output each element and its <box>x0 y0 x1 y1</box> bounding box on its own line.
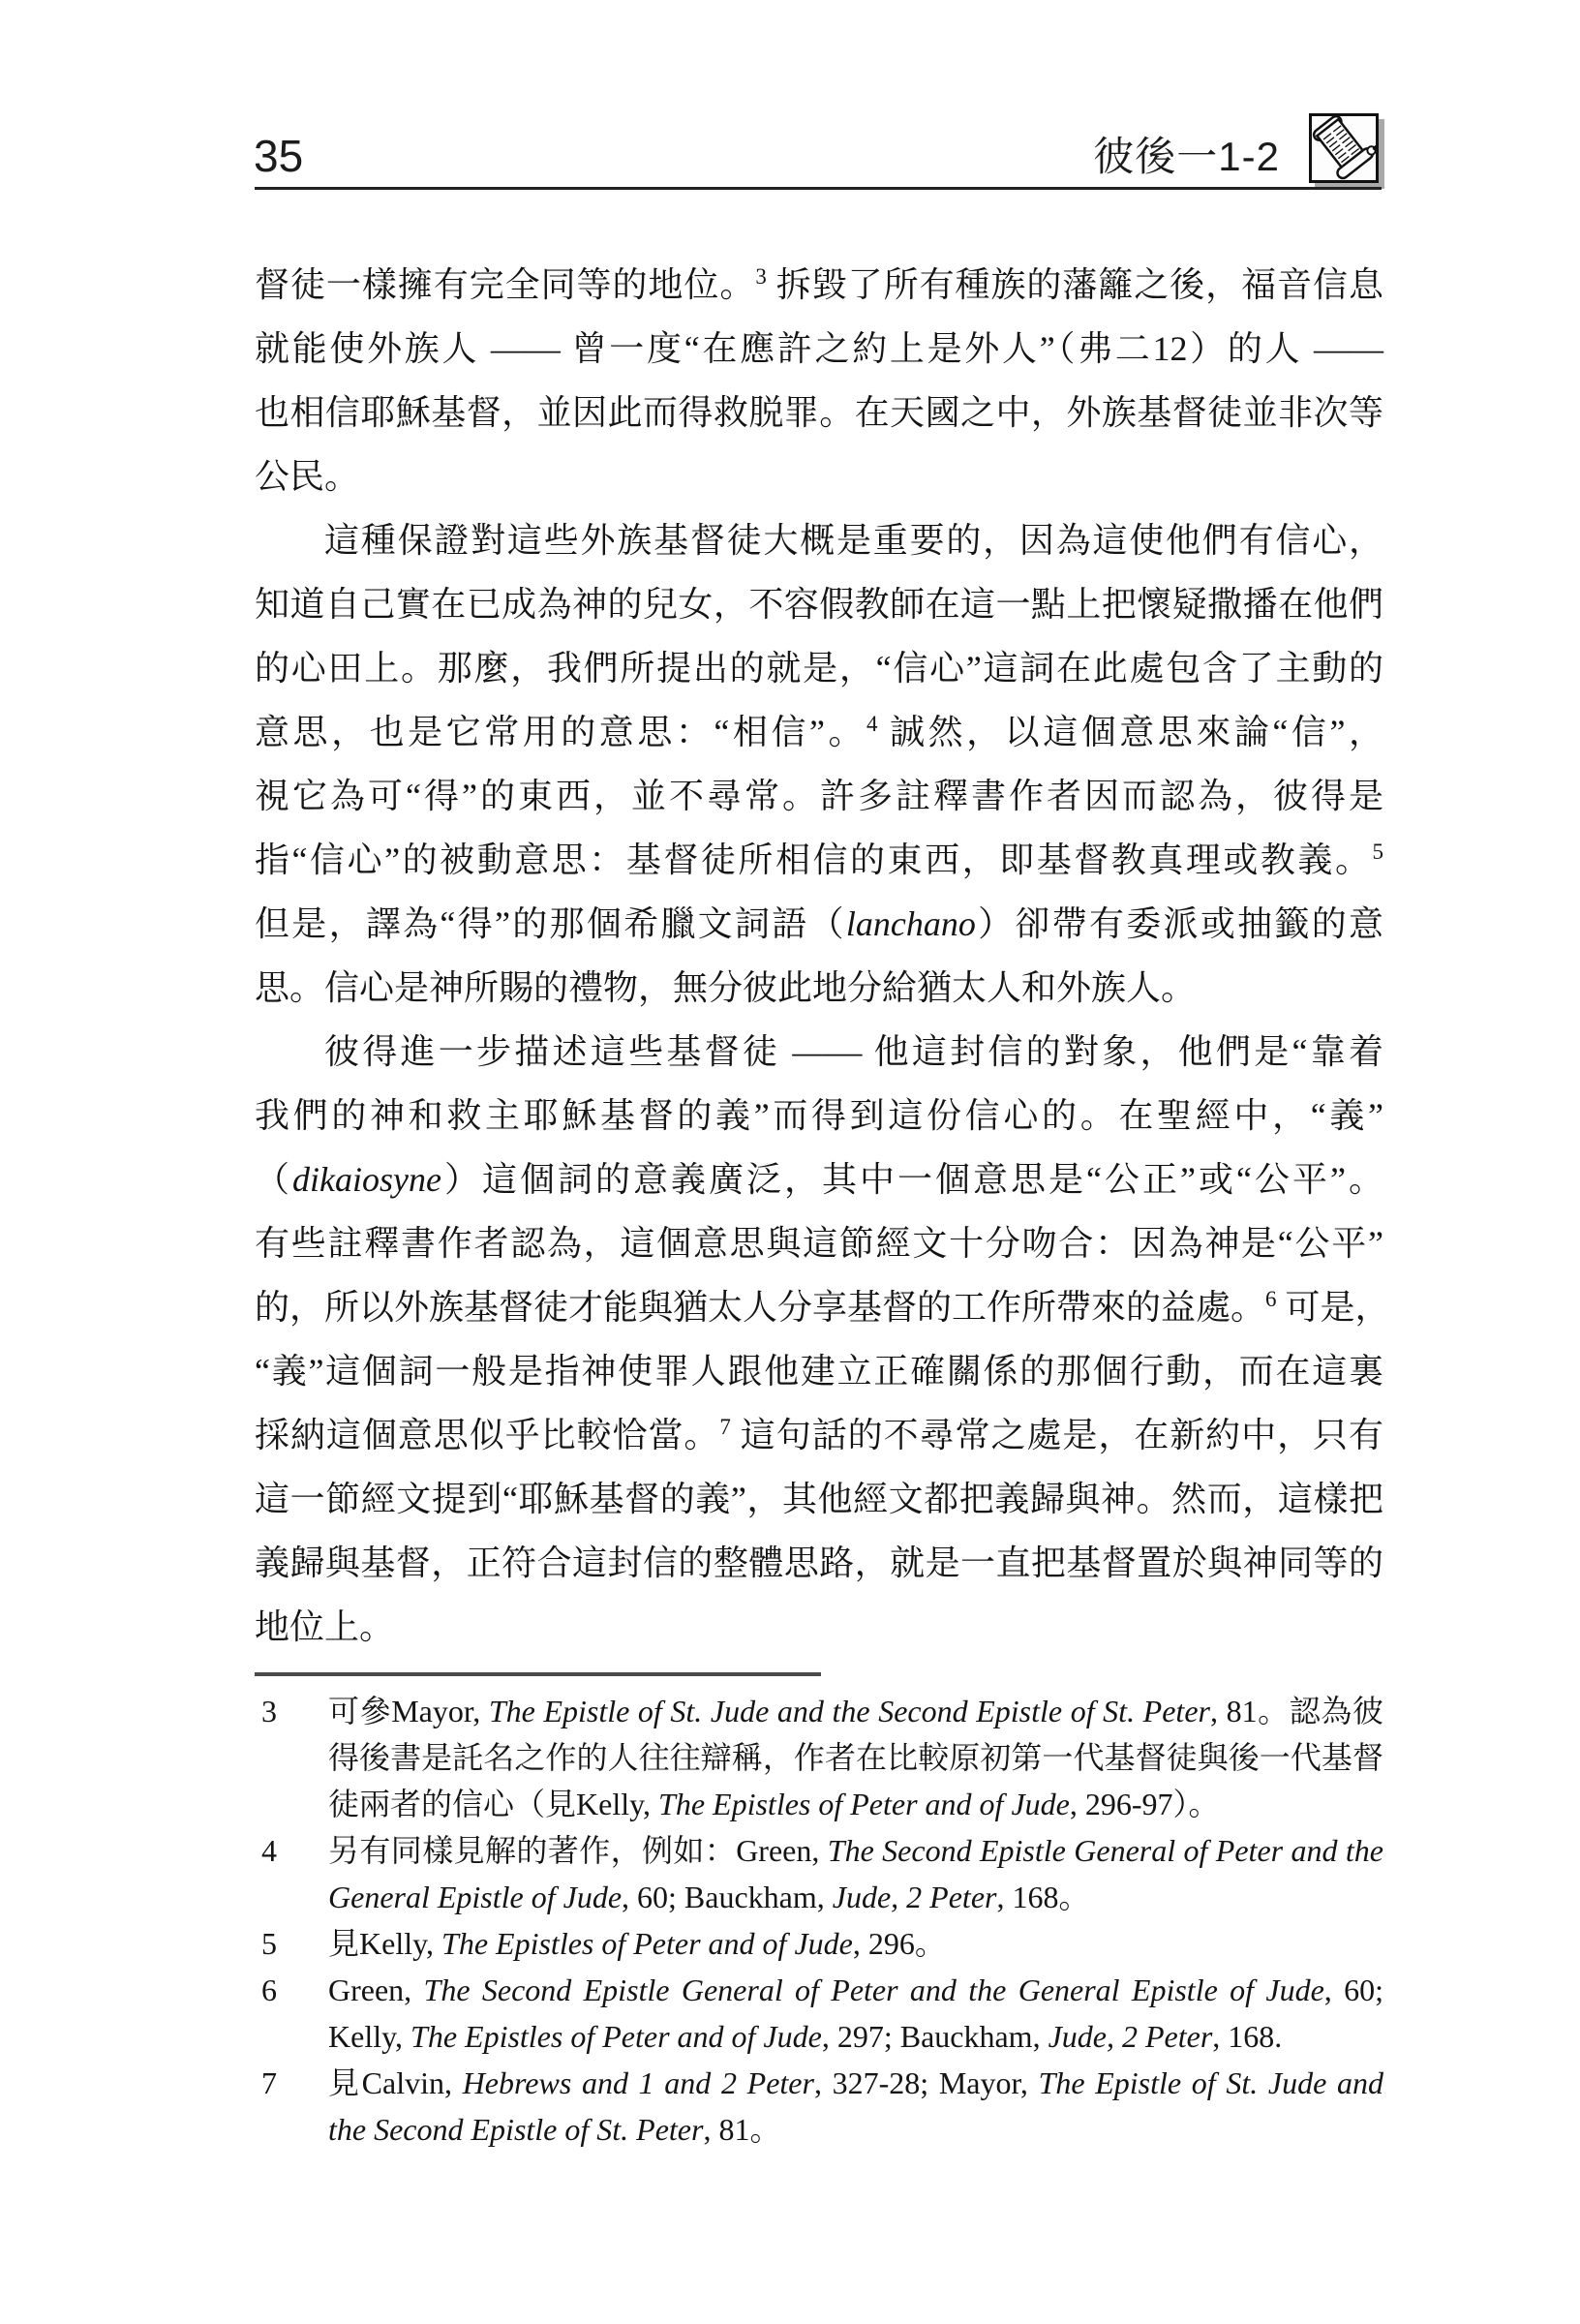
body-line: 彼得進一步描述這些基督徒 —— 他這封信的對象，他們是“靠着 <box>255 1020 1383 1084</box>
body-line: 這種保證對這些外族基督徒大概是重要的，因為這使他們有信心， <box>255 508 1383 572</box>
body-line: 我們的神和救主耶穌基督的義”而得到這份信心的。在聖經中，“義” <box>255 1084 1383 1147</box>
italic-term: Jude, 2 Peter <box>833 1880 997 1914</box>
body-text: 督徒一樣擁有完全同等的地位。3 拆毀了所有種族的藩籬之後，福音信息就能使外族人 … <box>255 253 1383 1659</box>
body-line: “義”這個詞一般是指神使罪人跟他建立正確關係的那個行動，而在這裏 <box>255 1339 1383 1403</box>
footnote-separator <box>255 1672 821 1676</box>
footnote-ref: 3 <box>755 264 767 289</box>
footnote: 4另有同樣見解的著作，例如：Green, The Second Epistle … <box>255 1827 1383 1920</box>
footnote-ref: 7 <box>719 1415 731 1439</box>
body-line: 的心田上。那麼，我們所提出的就是，“信心”這詞在此處包含了主動的 <box>255 636 1383 700</box>
footnote-ref: 6 <box>1265 1287 1277 1311</box>
body-line: 有些註釋書作者認為，這個意思與這節經文十分吻合：因為神是“公平” <box>255 1211 1383 1275</box>
italic-term: dikaiosyne <box>292 1160 441 1199</box>
footnote-number: 6 <box>261 1967 277 2013</box>
italic-term: The Epistles of Peter and of Jude <box>410 2019 822 2054</box>
body-line: 採納這個意思似乎比較恰當。7 這句話的不尋常之處是，在新約中，只有 <box>255 1403 1383 1467</box>
body-line: （dikaiosyne）這個詞的意義廣泛，其中一個意思是“公正”或“公平”。 <box>255 1147 1383 1211</box>
footnote-ref: 5 <box>1373 840 1384 864</box>
body-line: 這一節經文提到“耶穌基督的義”，其他經文都把義歸與神。然而，這樣把 <box>255 1467 1383 1531</box>
footnote-number: 7 <box>261 2060 277 2106</box>
body-line: 視它為可“得”的東西，並不尋常。許多註釋書作者因而認為，彼得是 <box>255 764 1383 828</box>
body-line: 知道自己實在已成為神的兒女，不容假教師在這一點上把懷疑撒播在他們 <box>255 572 1383 636</box>
header-title: 彼後一1-2 <box>1093 136 1280 178</box>
footnote-text: 另有同樣見解的著作，例如：Green, The Second Epistle G… <box>328 1833 1383 1914</box>
footnote-ref: 4 <box>866 712 878 736</box>
header-rule <box>255 187 1382 190</box>
body-line: 地位上。 <box>255 1595 1383 1659</box>
footnote: 5見Kelly, The Epistles of Peter and of Ju… <box>255 1920 1383 1967</box>
body-line: 就能使外族人 —— 曾一度“在應許之約上是外人”（弗二12）的人 —— <box>255 317 1383 381</box>
footnote-text: 見Calvin, Hebrews and 1 and 2 Peter, 327-… <box>328 2065 1383 2147</box>
body-line: 意思，也是它常用的意思：“相信”。4 誠然，以這個意思來論“信”， <box>255 700 1383 764</box>
footnote-text: 可參Mayor, The Epistle of St. Jude and the… <box>328 1694 1383 1821</box>
body-line: 但是，譯為“得”的那個希臘文詞語（lanchano）卻帶有委派或抽籤的意 <box>255 892 1383 956</box>
page-number: 35 <box>254 134 303 178</box>
italic-term: Hebrews and 1 and 2 Peter <box>463 2065 814 2100</box>
body-line: 指“信心”的被動意思：基督徒所相信的東西，即基督教真理或教義。5 <box>255 828 1383 892</box>
body-line: 公民。 <box>255 444 1383 508</box>
scroll-icon <box>1309 113 1379 183</box>
footnote: 3可參Mayor, The Epistle of St. Jude and th… <box>255 1688 1383 1827</box>
body-line: 也相信耶穌基督，並因此而得救脱罪。在天國之中，外族基督徒並非次等 <box>255 381 1383 444</box>
body-line: 思。信心是神所賜的禮物，無分彼此地分給猶太人和外族人。 <box>255 956 1383 1020</box>
body-line: 義歸與基督，正符合這封信的整體思路，就是一直把基督置於與神同等的 <box>255 1531 1383 1595</box>
italic-term: The Second Epistle General of Peter and … <box>424 1972 1324 2007</box>
italic-term: The Epistles of Peter and of Jude <box>441 1926 853 1961</box>
italic-term: The Epistles of Peter and of Jude <box>658 1787 1070 1821</box>
book-page: 35 彼後一1-2 <box>0 0 1580 2324</box>
footnote-text: Green, The Second Epistle General of Pet… <box>328 1972 1383 2054</box>
italic-term: Jude, 2 Peter <box>1048 2019 1213 2054</box>
footnote-text: 見Kelly, The Epistles of Peter and of Jud… <box>328 1926 946 1961</box>
footnote-number: 3 <box>261 1688 277 1734</box>
footnote-number: 5 <box>261 1920 277 1967</box>
italic-term: The Epistle of St. Jude and the Second E… <box>489 1694 1210 1728</box>
body-line: 督徒一樣擁有完全同等的地位。3 拆毀了所有種族的藩籬之後，福音信息 <box>255 253 1383 317</box>
footnote: 6Green, The Second Epistle General of Pe… <box>255 1967 1383 2060</box>
italic-term: lanchano <box>846 904 976 943</box>
footnote: 7見Calvin, Hebrews and 1 and 2 Peter, 327… <box>255 2060 1383 2153</box>
footnotes: 3可參Mayor, The Epistle of St. Jude and th… <box>255 1688 1383 2153</box>
footnote-number: 4 <box>261 1827 277 1874</box>
body-line: 的，所以外族基督徒才能與猶太人分享基督的工作所帶來的益處。6 可是， <box>255 1275 1383 1339</box>
